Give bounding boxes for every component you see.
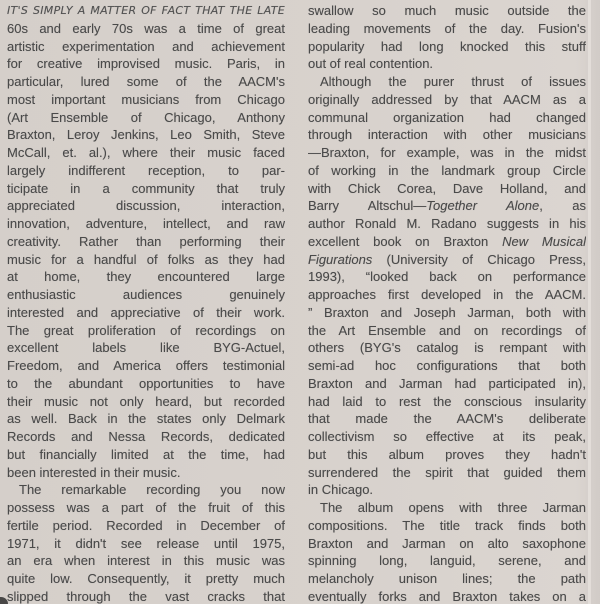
text-line: largely indifferent reception, to par- [7,162,285,180]
text-line: spinning long, languid, serene, and [308,552,586,570]
text-line: melancholy unison lines; the path [308,570,586,588]
text-line: Braxton and Jarman had participated in), [308,375,586,393]
text-line: approaches first developed in the AACM. [308,286,586,304]
text-line: for creative improvised music. Paris, in [7,55,285,73]
text-column-right: swallow so much music outside theleading… [308,2,586,604]
text-line: possess was a part of the fruit of this [7,499,285,517]
text-line: 1993), “looked back on performance [308,268,586,286]
text-line: —Braxton, for example, was in the midst [308,144,586,162]
text-line: Barry Altschul—Together Alone, as [308,197,586,215]
liner-notes-page: IT'S SIMPLY A MATTER OF FACT THAT THE LA… [0,0,600,604]
text-line: The remarkable recording you now [7,481,285,499]
text-line: communal organization had changed [308,109,586,127]
text-line: particular, lured some of the AACM's [7,73,285,91]
text-line: Records and Nessa Records, dedicated [7,428,285,446]
text-line: (Art Ensemble of Chicago, Anthony [7,109,285,127]
text-line: The album opens with three Jarman [308,499,586,517]
text-line: author Ronald M. Radano suggests in his [308,215,586,233]
text-line: others (BYG's catalog is rempant with [308,339,586,357]
text-line: enthusiastic audiences genuinely [7,286,285,304]
text-line: that made the AACM's deliberate [308,410,586,428]
text-line: compositions. The title track finds both [308,517,586,535]
text-line: creativity. Rather than performing their [7,233,285,251]
text-line: appreciated discussion, interaction, [7,197,285,215]
text-line: music for a handful of folks as they had [7,251,285,269]
text-line: surrendered the spirit that guided them [308,464,586,482]
text-line: out of real contention. [308,55,586,73]
text-line: had laid to rest the conscious insularit… [308,393,586,411]
text-line: 1971, it didn't see release until 1975, [7,535,285,553]
text-line: ” Braxton and Joseph Jarman, both with [308,304,586,322]
page-edge-highlight [588,0,591,604]
text-line: Although the purer thrust of issues [308,73,586,91]
text-line: Braxton and Jarman on alto saxophone [308,535,586,553]
text-line: innovation, adventure, intellect, and ra… [7,215,285,233]
text-line: but this album proves they hadn't [308,446,586,464]
text-line: most important musicians from Chicago [7,91,285,109]
text-line: as well. Back in the states only Delmark [7,410,285,428]
text-line: of working in the landmark group Circle [308,162,586,180]
text-line: The great proliferation of recordings on [7,322,285,340]
text-line: at home, they encountered large [7,268,285,286]
text-line: interested and appreciative of their wor… [7,304,285,322]
text-line: ticipate in a community that truly [7,180,285,198]
text-line: the Art Ensemble and on recordings of [308,322,586,340]
text-line: their music not only heard, but recorded [7,393,285,411]
text-line: collectivism so effective at its peak, [308,428,586,446]
text-line: in Chicago. [308,481,586,499]
text-line: 60s and early 70s was a time of great [7,20,285,38]
text-line: artistic experimentation and achievement [7,38,285,56]
text-line: excellent labels like BYG-Actuel, [7,339,285,357]
text-line: excellent book on Braxton New Musical [308,233,586,251]
text-line: fertile period. Recorded in December of [7,517,285,535]
text-column-left: IT'S SIMPLY A MATTER OF FACT THAT THE LA… [7,2,285,604]
text-line: popularity had long knocked this stuff [308,38,586,56]
text-line: eventually forks and Braxton takes on a [308,588,586,604]
text-columns: IT'S SIMPLY A MATTER OF FACT THAT THE LA… [7,2,586,604]
text-line: quite low. Consequently, it pretty much [7,570,285,588]
text-line: IT'S SIMPLY A MATTER OF FACT THAT THE LA… [7,2,285,20]
text-line: an era when interest in this music was [7,552,285,570]
text-line: originally addressed by that AACM as a [308,91,586,109]
text-line: McCall, et. al.), where their music face… [7,144,285,162]
text-line: leading movements of the day. Fusion's [308,20,586,38]
text-line: to the abundant opportunities to have [7,375,285,393]
text-line: through interaction with other musicians [308,126,586,144]
text-line: swallow so much music outside the [308,2,586,20]
text-line: Braxton, Leroy Jenkins, Leo Smith, Steve [7,126,285,144]
text-line: Freedom, and America offers testimonial [7,357,285,375]
text-line: with Chick Corea, Dave Holland, and [308,180,586,198]
text-line: Figurations (University of Chicago Press… [308,251,586,269]
text-line: slipped through the vast cracks that [7,588,285,604]
text-line: semi-ad hoc configurations that both [308,357,586,375]
text-line: been interested in their music. [7,464,285,482]
text-line: but financially limited at the time, had [7,446,285,464]
